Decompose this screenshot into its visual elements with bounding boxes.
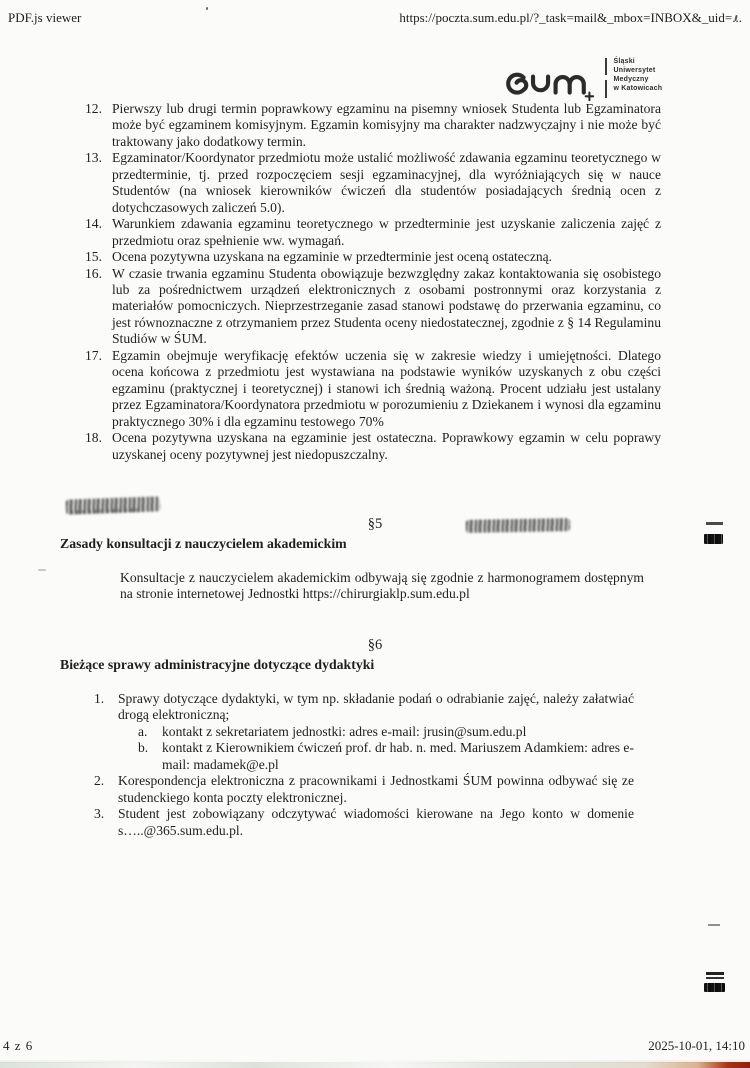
print-datetime: 2025-10-01, 14:10 bbox=[648, 1038, 745, 1054]
item-text: Ocena pozytywna uzyskana na egzaminie w … bbox=[112, 249, 552, 264]
consultation-paragraph: Konsultacje z nauczycielem akademickim o… bbox=[120, 570, 644, 603]
item-number: 14. bbox=[85, 216, 111, 232]
scan-mark bbox=[706, 972, 724, 975]
scan-mark bbox=[704, 983, 725, 992]
scan-artifact-strip bbox=[0, 1062, 750, 1068]
item-text: Ocena pozytywna uzyskana na egzaminie je… bbox=[112, 430, 661, 461]
university-logo: Śląski Uniwersytet Medyczny w Katowicach bbox=[502, 56, 662, 107]
app-title: PDF.js viewer bbox=[8, 10, 81, 26]
item-text: Korespondencja elektroniczna z pracownik… bbox=[118, 773, 634, 804]
scan-speck bbox=[545, 129, 547, 131]
section5-heading: Zasady konsultacji z nauczycielem akadem… bbox=[60, 536, 347, 552]
regulation-item-18: 18. Ocena pozytywna uzyskana na egzamini… bbox=[112, 430, 661, 463]
regulation-item-12: 12. Pierwszy lub drugi termin poprawkowy… bbox=[112, 101, 661, 150]
scan-mark bbox=[708, 924, 720, 926]
regulation-item-17: 17. Egzamin obejmuje weryfikację efektów… bbox=[112, 348, 661, 430]
item-text: Student jest zobowiązany odczytywać wiad… bbox=[118, 806, 634, 837]
browser-print-header: PDF.js viewer https://poczta.sum.edu.pl/… bbox=[8, 10, 742, 26]
logo-org-line: Śląski bbox=[614, 57, 663, 66]
page-url: https://poczta.sum.edu.pl/?_task=mail&_m… bbox=[399, 10, 742, 26]
page-indicator: 4 z 6 bbox=[3, 1038, 33, 1054]
ink-stamp-smudge-left bbox=[66, 496, 160, 514]
item-text: Egzamin obejmuje weryfikację efektów ucz… bbox=[112, 348, 661, 429]
admin-item-1: 1. Sprawy dotyczące dydaktyki, w tym np.… bbox=[118, 691, 634, 724]
section6-mark: §6 bbox=[0, 637, 750, 653]
regulations-list: 12. Pierwszy lub drugi termin poprawkowy… bbox=[112, 101, 661, 463]
item-number: 17. bbox=[85, 348, 111, 364]
item-number: 3. bbox=[94, 806, 120, 822]
pdf-viewer-page: PDF.js viewer https://poczta.sum.edu.pl/… bbox=[0, 0, 750, 1068]
regulation-item-14: 14. Warunkiem zdawania egzaminu teoretyc… bbox=[112, 216, 661, 249]
item-letter: b. bbox=[138, 740, 148, 756]
scan-mark bbox=[706, 522, 723, 525]
scan-speck bbox=[206, 7, 208, 10]
item-number: 12. bbox=[85, 101, 111, 117]
regulation-item-13: 13. Egzaminator/Koordynator przedmiotu m… bbox=[112, 150, 661, 216]
scan-mark bbox=[706, 977, 724, 979]
admin-item-2: 2. Korespondencja elektroniczna z pracow… bbox=[118, 773, 634, 806]
logo-org-name: Śląski Uniwersytet Medyczny w Katowicach bbox=[614, 57, 663, 93]
regulation-item-15: 15. Ocena pozytywna uzyskana na egzamini… bbox=[112, 249, 661, 265]
item-letter: a. bbox=[138, 724, 147, 740]
item-text: Egzaminator/Koordynator przedmiotu może … bbox=[112, 150, 661, 214]
item-text: Pierwszy lub drugi termin poprawkowy egz… bbox=[112, 101, 661, 149]
admin-subitem-b: b. kontakt z Kierownikiem ćwiczeń prof. … bbox=[118, 740, 634, 773]
logo-org-line: Medyczny bbox=[614, 75, 663, 84]
item-number: 18. bbox=[85, 430, 111, 446]
item-text: Sprawy dotyczące dydaktyki, w tym np. sk… bbox=[118, 691, 634, 722]
logo-divider bbox=[605, 58, 607, 98]
logo-org-line: Uniwersytet bbox=[614, 66, 663, 75]
item-text: kontakt z Kierownikiem ćwiczeń prof. dr … bbox=[162, 740, 634, 771]
item-number: 16. bbox=[85, 266, 111, 282]
logo-org-line: w Katowicach bbox=[614, 84, 663, 93]
item-text: W czasie trwania egzaminu Studenta obowi… bbox=[112, 266, 661, 347]
item-text: kontakt z sekretariatem jednostki: adres… bbox=[162, 724, 526, 739]
scan-speck bbox=[38, 569, 46, 571]
admin-item-3: 3. Student jest zobowiązany odczytywać w… bbox=[118, 806, 634, 839]
item-number: 2. bbox=[94, 773, 120, 789]
admin-list: 1. Sprawy dotyczące dydaktyki, w tym np.… bbox=[118, 691, 634, 839]
regulation-item-16: 16. W czasie trwania egzaminu Studenta o… bbox=[112, 266, 661, 348]
item-number: 13. bbox=[85, 150, 111, 166]
admin-subitem-a: a. kontakt z sekretariatem jednostki: ad… bbox=[118, 724, 634, 740]
item-text: Warunkiem zdawania egzaminu teoretyczneg… bbox=[112, 216, 661, 247]
section5-mark: §5 bbox=[0, 516, 750, 532]
item-number: 1. bbox=[94, 691, 120, 707]
section6-heading: Bieżące sprawy administracyjne dotyczące… bbox=[60, 657, 374, 673]
scan-mark bbox=[704, 534, 723, 544]
item-number: 15. bbox=[85, 249, 111, 265]
